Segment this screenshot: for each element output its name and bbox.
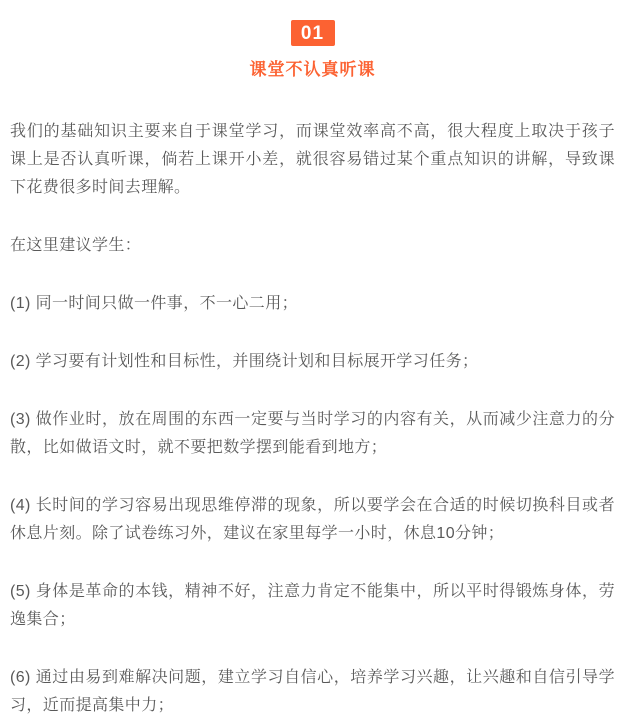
section-number-badge: 01 [291,20,335,46]
paragraph-tip-4: (4) 长时间的学习容易出现思维停滞的现象，所以要学会在合适的时候切换科目或者休… [10,492,615,548]
paragraph-advice-lead: 在这里建议学生： [10,232,615,260]
section-number-label: 01 [301,24,324,43]
paragraph-tip-6: (6) 通过由易到难解决问题，建立学习自信心，培养学习兴趣，让兴趣和自信引导学习… [10,664,615,716]
paragraph-tip-5: (5) 身体是革命的本钱，精神不好，注意力肯定不能集中，所以平时得锻炼身体，劳逸… [10,578,615,634]
paragraph-tip-2: (2) 学习要有计划性和目标性，并围绕计划和目标展开学习任务； [10,348,615,376]
article-page: 01 课堂不认真听课 我们的基础知识主要来自于课堂学习，而课堂效率高不高，很大程… [0,0,625,716]
article-body: 我们的基础知识主要来自于课堂学习，而课堂效率高不高，很大程度上取决于孩子课上是否… [0,118,625,716]
paragraph-tip-3: (3) 做作业时，放在周围的东西一定要与当时学习的内容有关，从而减少注意力的分散… [10,406,615,462]
paragraph-tip-1: (1) 同一时间只做一件事，不一心二用； [10,290,615,318]
section-title: 课堂不认真听课 [0,55,625,80]
paragraph-intro: 我们的基础知识主要来自于课堂学习，而课堂效率高不高，很大程度上取决于孩子课上是否… [10,118,615,202]
